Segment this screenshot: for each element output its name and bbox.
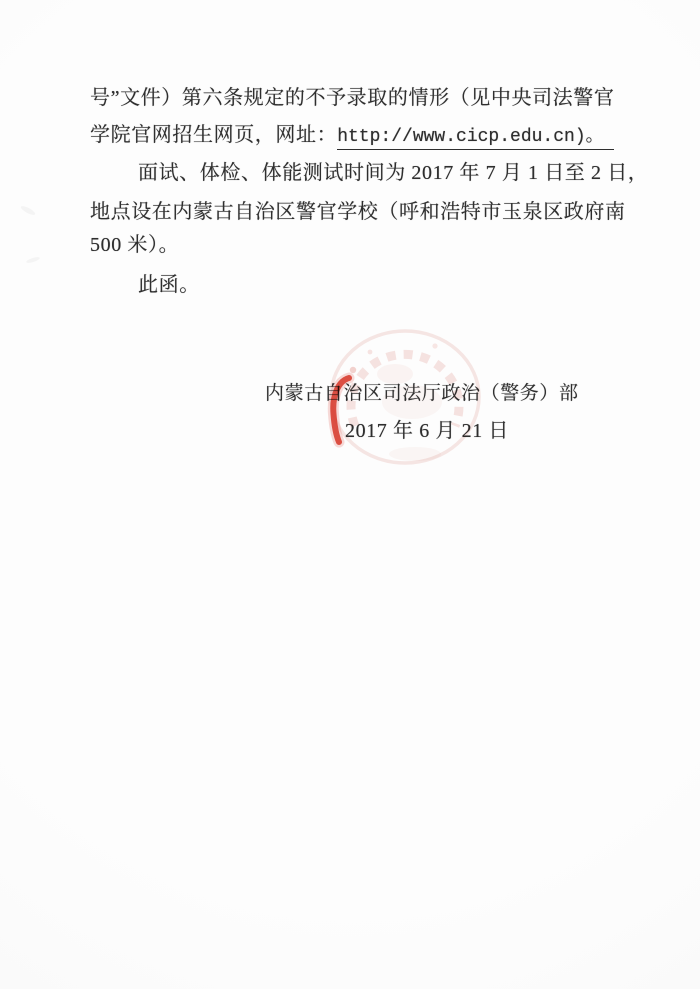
seal-fleck-2: [368, 350, 373, 355]
scan-smudge: [26, 256, 41, 264]
scan-smudge: [20, 205, 36, 217]
signature-org: 内蒙古自治区司法厅政治（警务）部: [265, 378, 579, 405]
body-line-1: 号”文件）第六条规定的不予录取的情形（见中央司法警官: [90, 81, 614, 110]
seal-bottom-smudge: [389, 447, 441, 461]
seal-fleck-3: [432, 343, 437, 348]
signature-date: 2017 年 6 月 21 日: [345, 414, 509, 443]
body-line-4: 地点设在内蒙古自治区警官学校（呼和浩特市玉泉区政府南: [90, 195, 626, 224]
body-line-5: 500 米）。: [90, 228, 179, 257]
url-text: http://www.cicp.edu.cn)。: [337, 127, 613, 150]
body-line-2-prefix: 学院官网招生网页，网址：: [90, 124, 337, 146]
scanned-document-page: 号”文件）第六条规定的不予录取的情形（见中央司法警官 学院官网招生网页，网址：h…: [0, 0, 700, 989]
seal-fleck-1: [350, 367, 356, 373]
body-line-2: 学院官网招生网页，网址：http://www.cicp.edu.cn)。: [90, 118, 614, 147]
body-line-6: 此函。: [138, 268, 200, 297]
body-line-3: 面试、体检、体能测试时间为 2017 年 7 月 1 日至 2 日，: [138, 156, 648, 185]
